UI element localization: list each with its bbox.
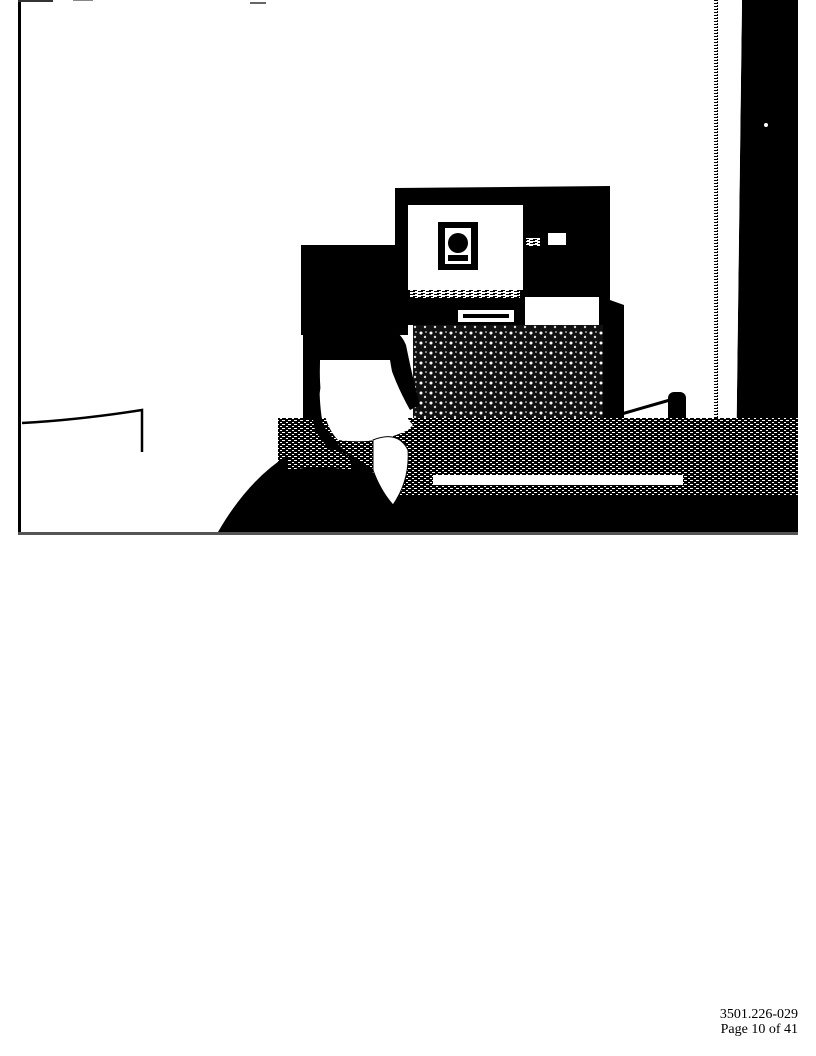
page-number: Page 10 of 41 [720, 1022, 798, 1037]
exhibit-photo [18, 0, 798, 535]
redaction-box [301, 245, 408, 335]
page-footer: 3501.226-029 Page 10 of 41 [720, 1007, 798, 1037]
document-reference: 3501.226-029 [720, 1007, 798, 1022]
